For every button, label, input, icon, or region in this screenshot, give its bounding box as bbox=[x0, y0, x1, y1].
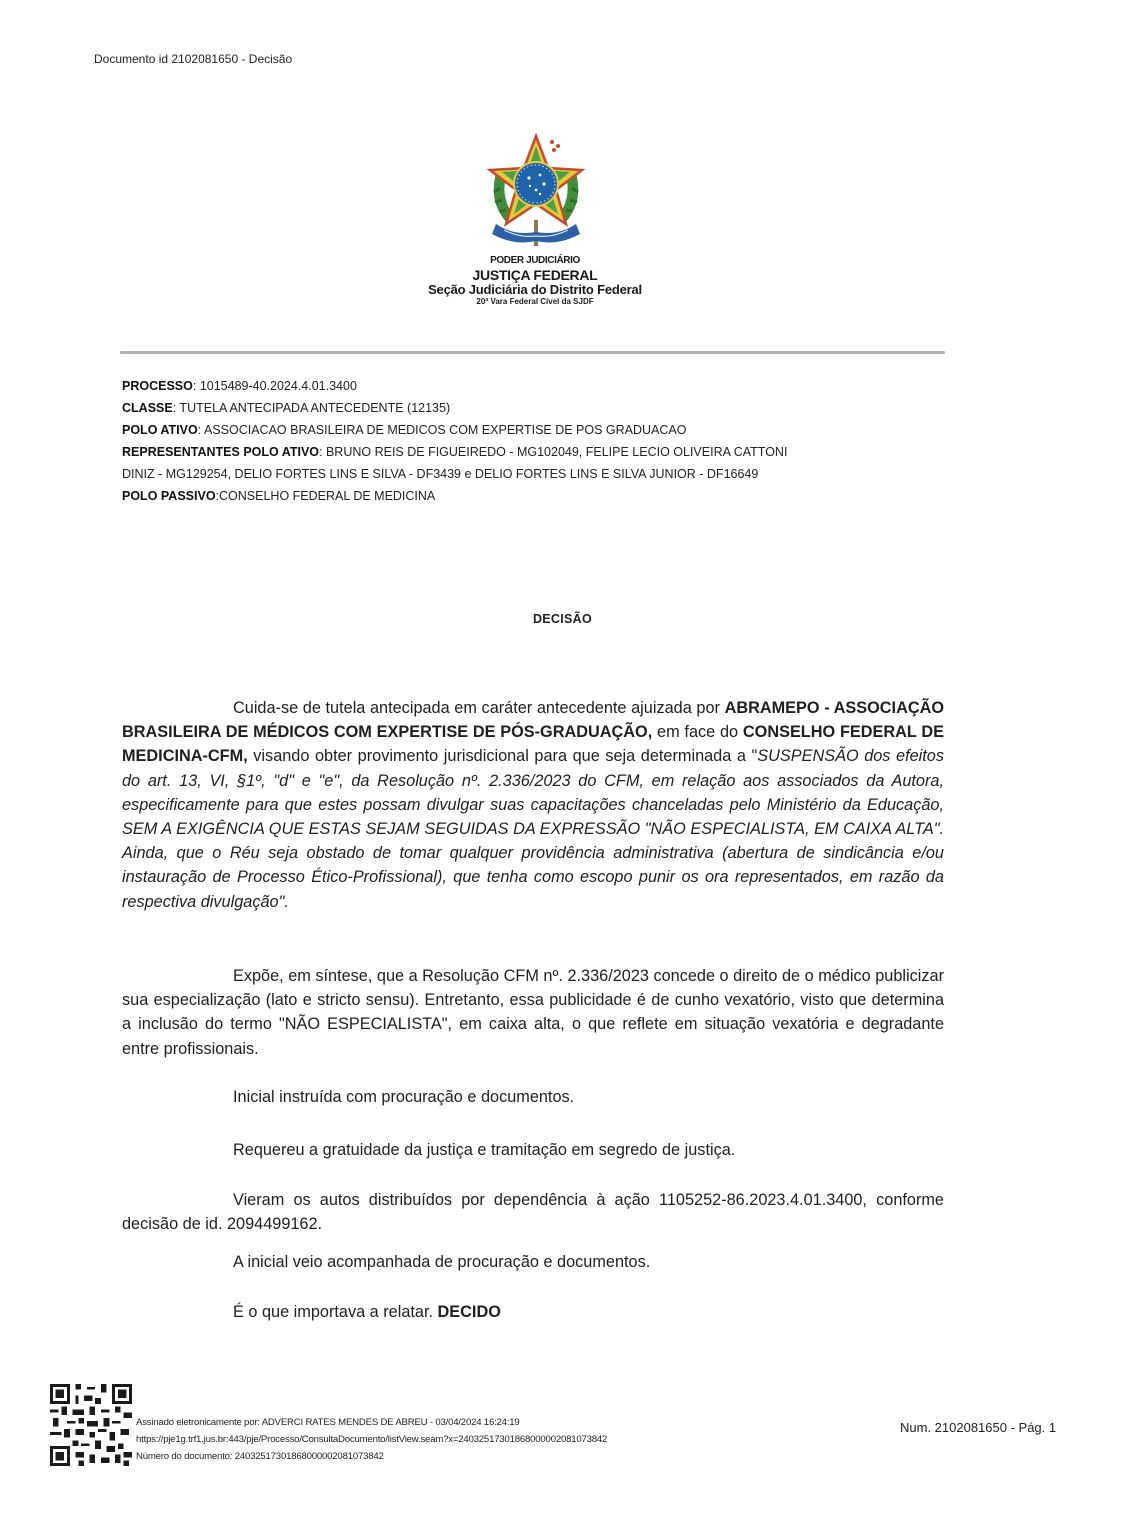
decision-title: DECISÃO bbox=[0, 612, 1125, 626]
paragraph-2: Expõe, em síntese, que a Resolução CFM n… bbox=[122, 964, 944, 1061]
representantes-row-continued: DINIZ - MG129254, DELIO FORTES LINS E SI… bbox=[122, 463, 952, 485]
paragraph-1: Cuida-se de tutela antecipada em caráter… bbox=[122, 696, 944, 914]
header-divider bbox=[120, 351, 945, 354]
paragraph-6: A inicial veio acompanhada de procuração… bbox=[233, 1250, 953, 1274]
verification-url[interactable]: https://pje1g.trf1.jus.br:443/pje/Proces… bbox=[136, 1431, 607, 1448]
paragraph-3: Inicial instruída com procuração e docum… bbox=[233, 1085, 953, 1109]
document-number: Número do documento: 2403251730186800000… bbox=[136, 1448, 607, 1465]
paragraph-5: Vieram os autos distribuídos por dependê… bbox=[122, 1188, 944, 1236]
signature-footer: Assinado eletronicamente por: ADVERCI RA… bbox=[50, 1384, 1110, 1474]
court-header: PODER JUDICIÁRIO JUSTIÇA FEDERAL Seção J… bbox=[380, 256, 690, 306]
polo-ativo-row: POLO ATIVO: ASSOCIACAO BRASILEIRA DE MED… bbox=[122, 419, 952, 441]
page-number: Num. 2102081650 - Pág. 1 bbox=[900, 1420, 1056, 1435]
document-id-header: Documento id 2102081650 - Decisão bbox=[94, 52, 292, 66]
brazil-coat-of-arms-icon bbox=[474, 128, 598, 252]
electronic-signature-info: Assinado eletronicamente por: ADVERCI RA… bbox=[136, 1414, 607, 1465]
classe-row: CLASSE: TUTELA ANTECIPADA ANTECEDENTE (1… bbox=[122, 397, 952, 419]
paragraph-7: É o que importava a relatar. DECIDO bbox=[233, 1300, 953, 1324]
polo-passivo-row: POLO PASSIVO:CONSELHO FEDERAL DE MEDICIN… bbox=[122, 485, 952, 507]
signed-by: Assinado eletronicamente por: ADVERCI RA… bbox=[136, 1414, 607, 1431]
header-vara: 20ª Vara Federal Cível da SJDF bbox=[380, 298, 690, 306]
representantes-row: REPRESENTANTES POLO ATIVO: BRUNO REIS DE… bbox=[122, 441, 952, 463]
qr-code-icon[interactable] bbox=[50, 1384, 132, 1466]
processo-row: PROCESSO: 1015489-40.2024.4.01.3400 bbox=[122, 375, 952, 397]
header-secao-judiciaria: Seção Judiciária do Distrito Federal bbox=[380, 283, 690, 296]
header-justica-federal: JUSTIÇA FEDERAL bbox=[380, 268, 690, 282]
header-poder-judiciario: PODER JUDICIÁRIO bbox=[380, 256, 690, 266]
case-info-block: PROCESSO: 1015489-40.2024.4.01.3400 CLAS… bbox=[122, 375, 952, 507]
paragraph-4: Requereu a gratuidade da justiça e trami… bbox=[233, 1138, 953, 1162]
